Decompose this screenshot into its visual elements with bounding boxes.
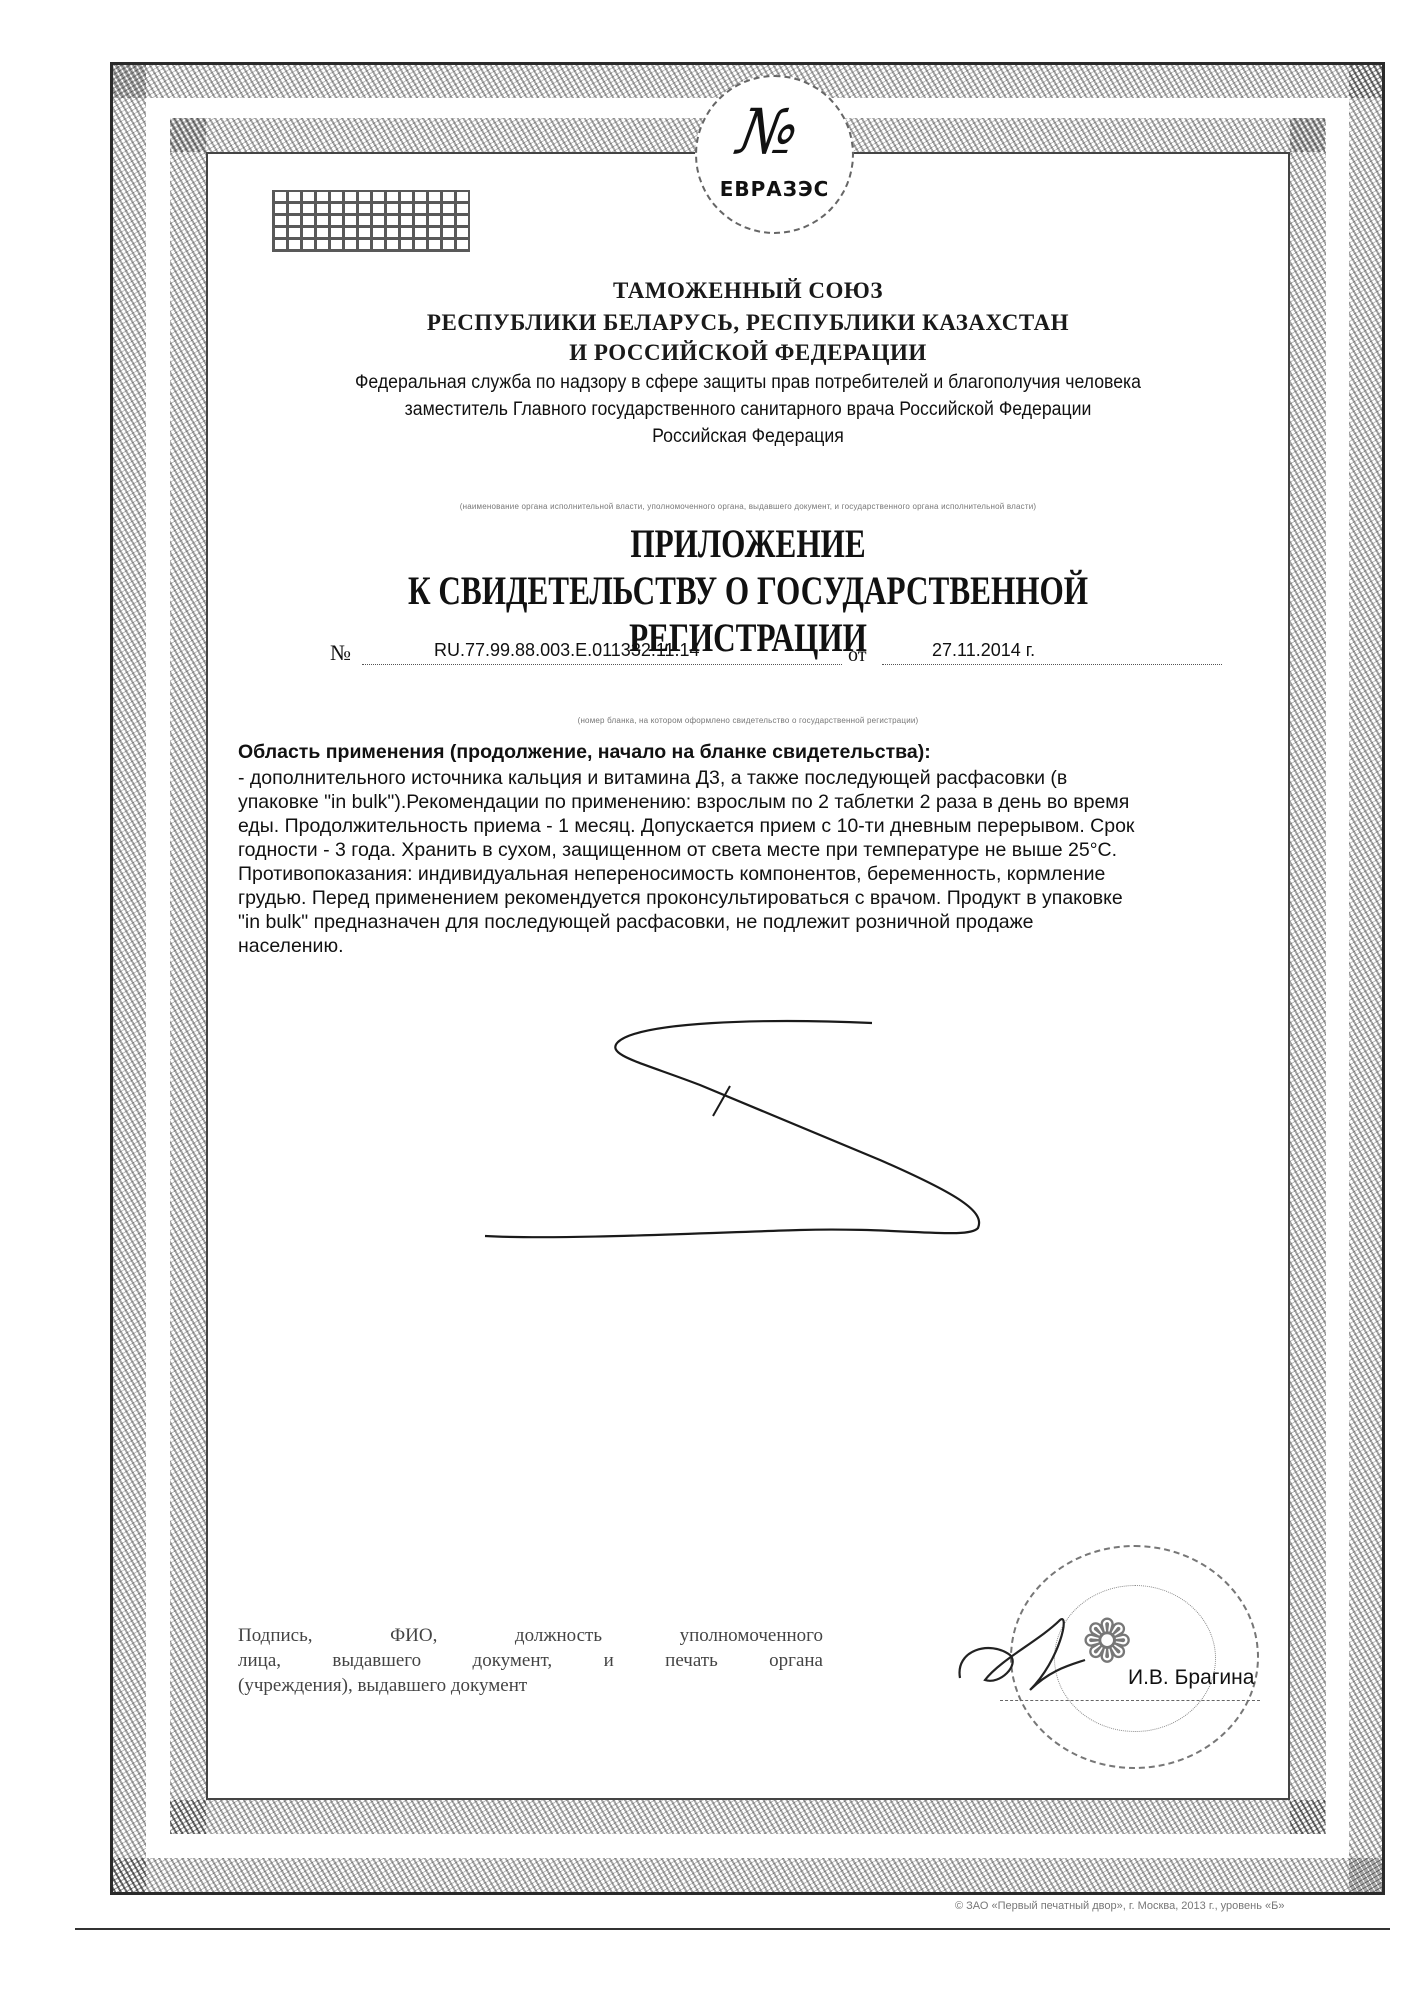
- signer-name: И.В. Брагина: [1128, 1666, 1254, 1690]
- bottom-rule: [75, 1928, 1390, 1930]
- certificate-page: № ЕВРАЗЭС ТАМОЖЕННЫЙ СОЮЗ РЕСПУБЛИКИ БЕЛ…: [0, 0, 1414, 2000]
- printer-imprint: © ЗАО «Первый печатный двор», г. Москва,…: [955, 1900, 1284, 1912]
- signature-underline: [1000, 1700, 1260, 1701]
